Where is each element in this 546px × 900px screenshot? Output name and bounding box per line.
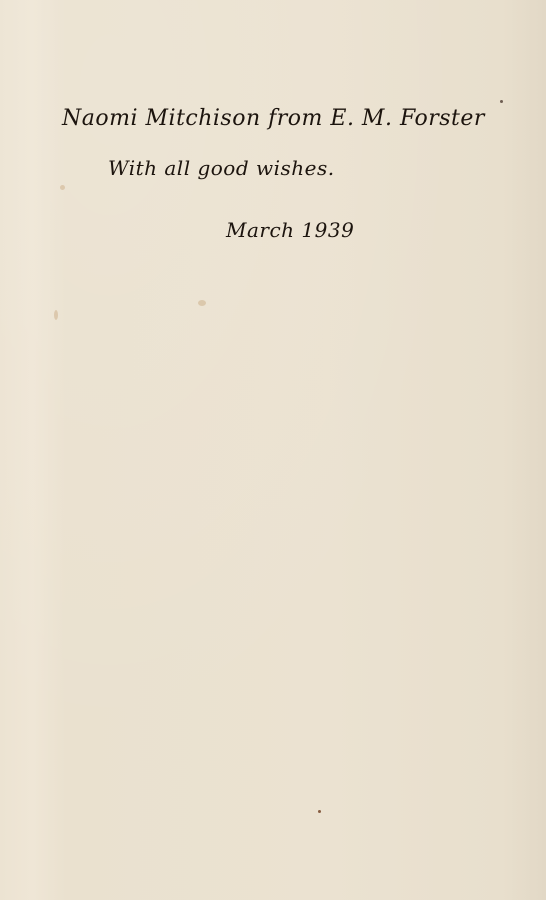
inscription-dedication: Naomi Mitchison from E. M. Forster (62, 106, 485, 131)
inscription-date: March 1939 (226, 218, 354, 242)
book-flyleaf-page: Naomi Mitchison from E. M. Forster With … (0, 0, 546, 900)
foxing-spot (198, 300, 206, 306)
foxing-spot (54, 310, 58, 320)
ink-dot (500, 100, 503, 103)
inscription-wishes: With all good wishes. (108, 156, 335, 180)
foxing-spot (60, 185, 65, 190)
foxing-spot (318, 810, 321, 813)
